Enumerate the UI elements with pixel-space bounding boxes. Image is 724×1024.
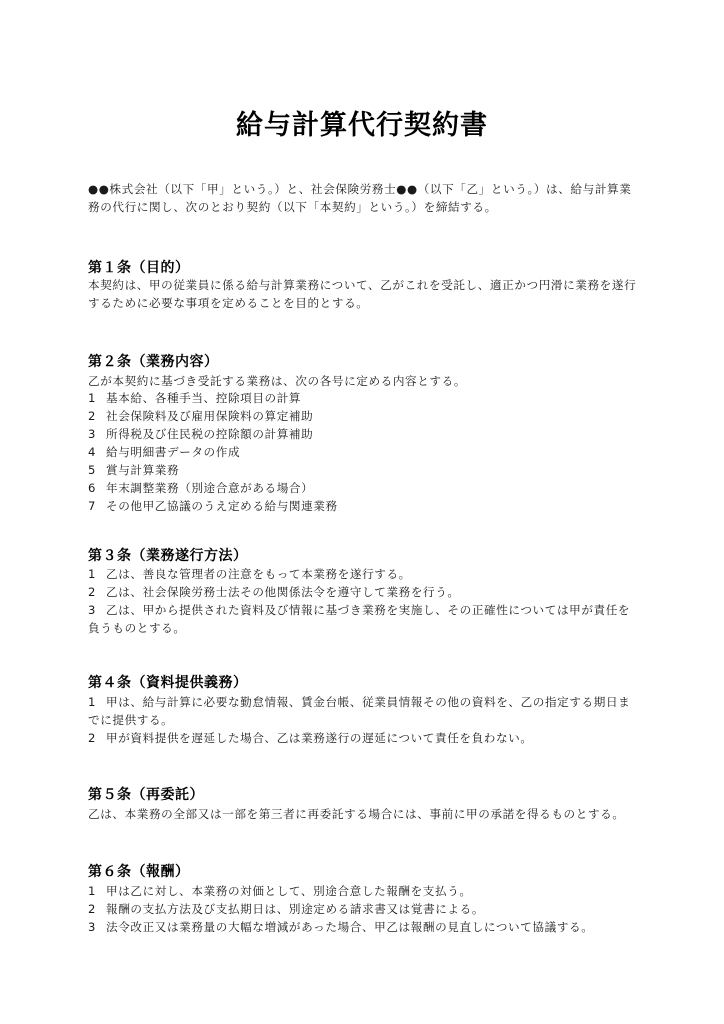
article-1-text: 本契約は、甲の従業員に係る給与計算業務について、乙がこれを受託し、適正かつ円滑に… (88, 277, 636, 293)
item-text: 甲が資料提供を遅延した場合、乙は業務遂行の遅延について責任を負わない。 (106, 731, 533, 745)
item-text: 甲は乙に対し、本業務の対価として、別途合意した報酬を支払う。 (106, 884, 472, 898)
item-text: 所得税及び住民税の控除額の計算補助 (106, 427, 313, 441)
article-3-item: 3乙は、甲から提供された資料及び情報に基づき業務を実施し、その正確性については甲… (88, 602, 630, 618)
article-3-item: 2乙は、社会保険労務士法その他関係法令を遵守して業務を行う。 (88, 584, 460, 600)
article-3-heading: 第３条（業務遂行方法） (88, 547, 248, 565)
item-text: その他甲乙協議のうえ定める給与関連業務 (106, 499, 338, 513)
article-1-heading: 第１条（目的） (88, 259, 190, 277)
item-number: 2 (88, 408, 106, 424)
item-text: 乙は、善良な管理者の注意をもって本業務を遂行する。 (106, 567, 411, 581)
item-number: 7 (88, 498, 106, 514)
item-text: 乙は、社会保険労務士法その他関係法令を遵守して業務を行う。 (106, 585, 460, 599)
item-text: 乙は、甲から提供された資料及び情報に基づき業務を実施し、その正確性については甲が… (106, 603, 630, 617)
item-number: 2 (88, 901, 106, 917)
item-number: 3 (88, 426, 106, 442)
item-number: 6 (88, 480, 106, 496)
preamble-line: 務の代行に関し、次のとおり契約（以下「本契約」という。）を締結する。 (88, 199, 497, 215)
article-5-heading: 第５条（再委託） (88, 786, 204, 804)
article-1-text: するために必要な事項を定めることを目的とする。 (88, 295, 368, 311)
preamble-line: ●●株式会社（以下「甲」という。）と、社会保険労務士●●（以下「乙」という。）は… (88, 181, 631, 197)
item-text: 法令改正又は業務量の大幅な増減があった場合、甲乙は報酬の見直しについて協議する。 (106, 920, 593, 934)
article-2-item: 4給与明細書データの作成 (88, 444, 240, 460)
article-2-heading: 第２条（業務内容） (88, 353, 219, 371)
item-text: 年末調整業務（別途合意がある場合） (106, 481, 313, 495)
item-text: 基本給、各種手当、控除項目の計算 (106, 391, 301, 405)
article-2-text: 乙が本契約に基づき受託する業務は、次の各号に定める内容とする。 (88, 373, 466, 389)
item-text: 賞与計算業務 (106, 463, 179, 477)
item-text: 社会保険料及び雇用保険料の算定補助 (106, 409, 313, 423)
item-text: 給与明細書データの作成 (106, 445, 240, 459)
article-6-item: 3法令改正又は業務量の大幅な増減があった場合、甲乙は報酬の見直しについて協議する… (88, 919, 593, 935)
article-6-item: 1甲は乙に対し、本業務の対価として、別途合意した報酬を支払う。 (88, 883, 472, 899)
article-6-heading: 第６条（報酬） (88, 863, 190, 881)
article-2-item: 6年末調整業務（別途合意がある場合） (88, 480, 313, 496)
article-2-item: 5賞与計算業務 (88, 462, 179, 478)
item-number: 1 (88, 883, 106, 899)
article-2-item: 1基本給、各種手当、控除項目の計算 (88, 390, 301, 406)
article-4-item-continuation: でに提供する。 (88, 712, 173, 728)
article-4-heading: 第４条（資料提供義務） (88, 674, 248, 692)
item-number: 2 (88, 730, 106, 746)
item-number: 1 (88, 694, 106, 710)
article-2-item: 7その他甲乙協議のうえ定める給与関連業務 (88, 498, 338, 514)
item-number: 3 (88, 602, 106, 618)
article-5-text: 乙は、本業務の全部又は一部を第三者に再委託する場合には、事前に甲の承諾を得るもの… (88, 806, 625, 822)
item-text: 報酬の支払方法及び支払期日は、別途定める請求書又は覚書による。 (106, 902, 484, 916)
article-4-item: 2甲が資料提供を遅延した場合、乙は業務遂行の遅延について責任を負わない。 (88, 730, 533, 746)
article-2-item: 3所得税及び住民税の控除額の計算補助 (88, 426, 313, 442)
item-number: 4 (88, 444, 106, 460)
article-3-item-continuation: 負うものとする。 (88, 620, 186, 636)
document-page: 給与計算代行契約書 ●●株式会社（以下「甲」という。）と、社会保険労務士●●（以… (0, 0, 724, 1024)
article-2-item: 2社会保険料及び雇用保険料の算定補助 (88, 408, 313, 424)
item-number: 1 (88, 566, 106, 582)
item-number: 5 (88, 462, 106, 478)
item-text: 甲は、給与計算に必要な勤怠情報、賃金台帳、従業員情報その他の資料を、乙の指定する… (106, 695, 630, 709)
article-4-item: 1甲は、給与計算に必要な勤怠情報、賃金台帳、従業員情報その他の資料を、乙の指定す… (88, 694, 630, 710)
item-number: 1 (88, 390, 106, 406)
article-6-item: 2報酬の支払方法及び支払期日は、別途定める請求書又は覚書による。 (88, 901, 484, 917)
article-3-item: 1乙は、善良な管理者の注意をもって本業務を遂行する。 (88, 566, 411, 582)
item-number: 3 (88, 919, 106, 935)
item-number: 2 (88, 584, 106, 600)
document-title: 給与計算代行契約書 (0, 103, 724, 142)
